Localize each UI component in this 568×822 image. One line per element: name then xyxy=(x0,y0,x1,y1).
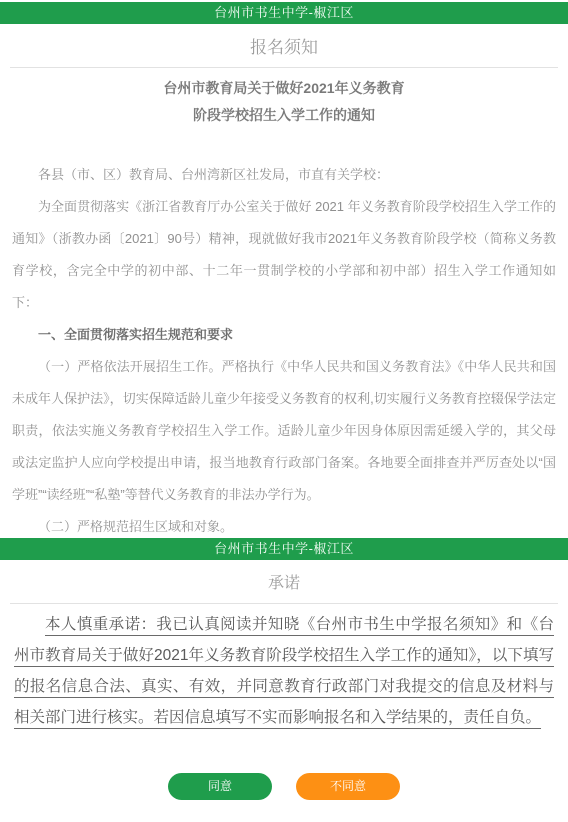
notice-salutation: 各县（市、区）教育局、台州湾新区社发局，市直有关学校： xyxy=(12,159,556,191)
commitment-section-title: 承诺 xyxy=(0,574,568,594)
decision-button-row: 同意 不同意 xyxy=(0,773,568,800)
notice-section: 台州市书生中学-椒江区 报名须知 台州市教育局关于做好2021年义务教育 阶段学… xyxy=(0,0,568,538)
document-title-line1: 台州市教育局关于做好2021年义务教育 xyxy=(0,75,568,102)
commitment-divider xyxy=(10,603,558,604)
document-title: 台州市教育局关于做好2021年义务教育 阶段学校招生入学工作的通知 xyxy=(0,75,568,129)
notice-paragraph: （二）严格规范招生区域和对象。 xyxy=(12,511,556,538)
school-header-bar: 台州市书生中学-椒江区 xyxy=(0,2,568,24)
notice-divider xyxy=(10,67,558,68)
document-title-line2: 阶段学校招生入学工作的通知 xyxy=(0,102,568,129)
notice-paragraph: 为全面贯彻落实《浙江省教育厅办公室关于做好 2021 年义务教育阶段学校招生入学… xyxy=(12,191,556,319)
notice-paragraph: （一）严格依法开展招生工作。严格执行《中华人民共和国义务教育法》《中华人民共和国… xyxy=(12,351,556,511)
agree-button[interactable]: 同意 xyxy=(168,773,272,800)
commitment-section: 台州市书生中学-椒江区 承诺 本人慎重承诺：我已认真阅读并知晓《台州市书生中学报… xyxy=(0,538,568,800)
notice-section-heading: 一、全面贯彻落实招生规范和要求 xyxy=(12,319,556,351)
commitment-statement: 本人慎重承诺：我已认真阅读并知晓《台州市书生中学报名须知》和《台州市教育局关于做… xyxy=(0,609,568,733)
notice-section-title: 报名须知 xyxy=(0,38,568,58)
disagree-button[interactable]: 不同意 xyxy=(296,773,400,800)
school-header-bar: 台州市书生中学-椒江区 xyxy=(0,538,568,560)
notice-body: 各县（市、区）教育局、台州湾新区社发局，市直有关学校： 为全面贯彻落实《浙江省教… xyxy=(0,159,568,538)
registration-page: 台州市书生中学-椒江区 报名须知 台州市教育局关于做好2021年义务教育 阶段学… xyxy=(0,0,568,822)
